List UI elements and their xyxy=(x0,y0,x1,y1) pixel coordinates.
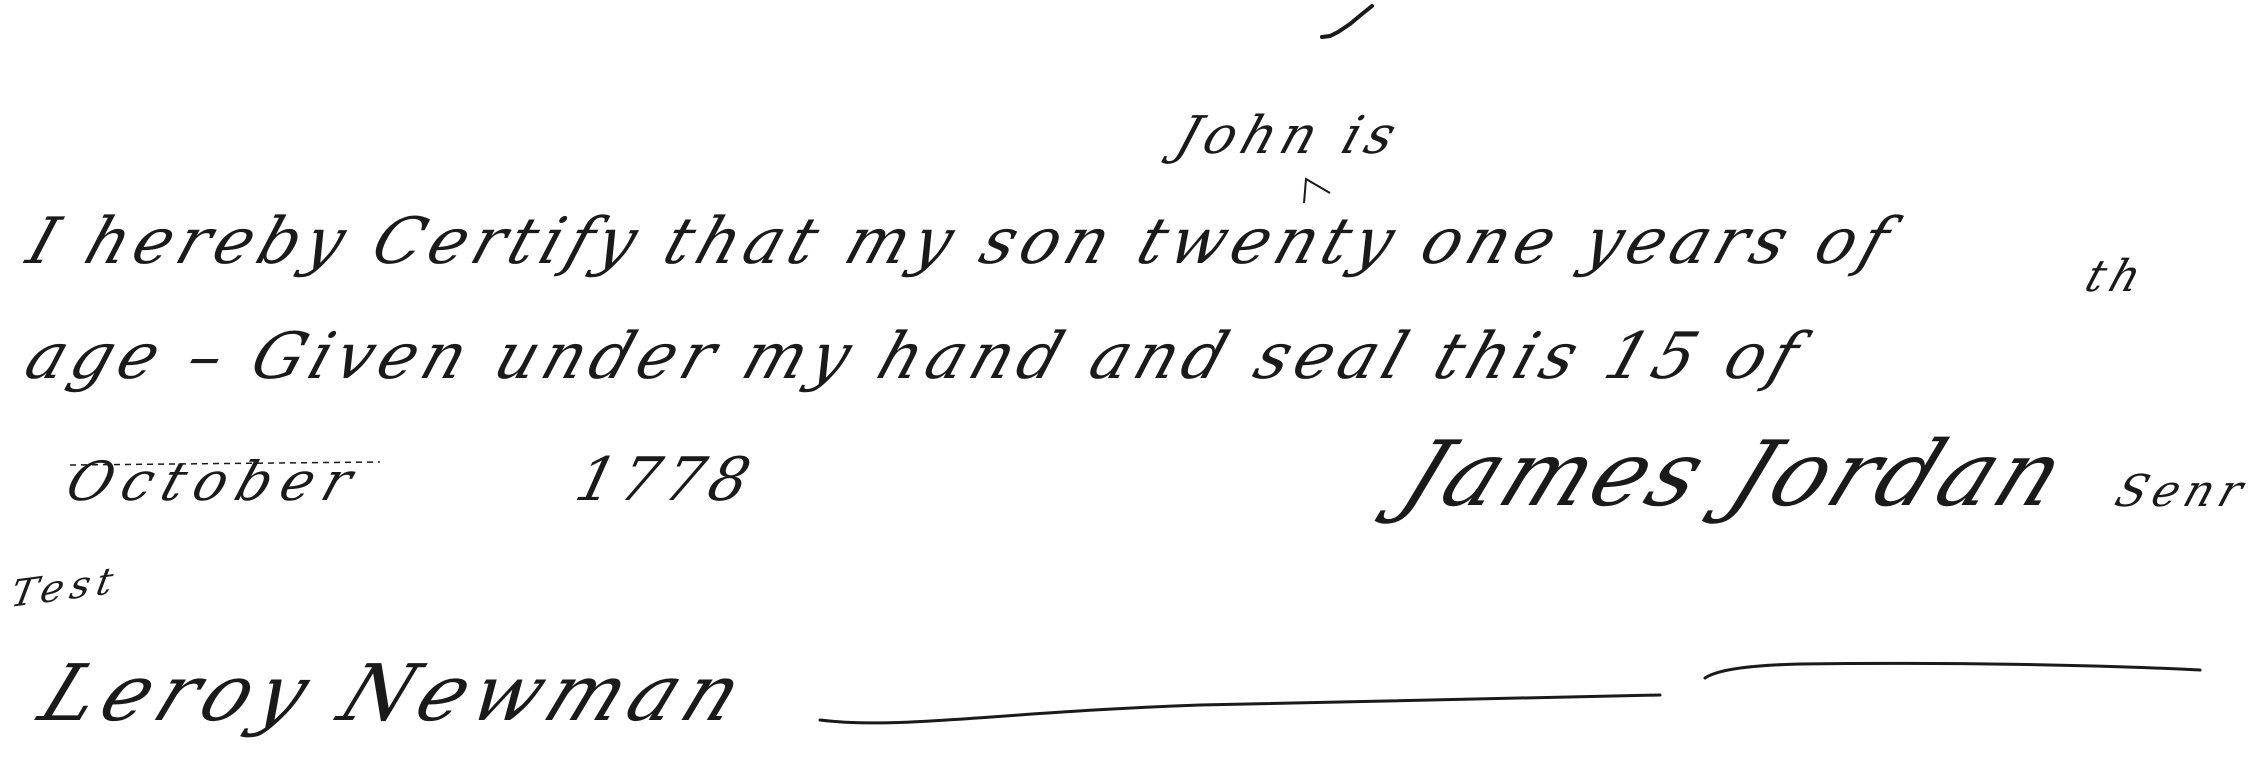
certificate-line-1: I hereby Certify that my son twenty one … xyxy=(20,210,1903,274)
certificate-line-2: age – Given under my hand and seal this … xyxy=(18,325,1812,389)
witness-name: Leroy Newman xyxy=(30,655,760,733)
date-month: October xyxy=(60,455,369,509)
date-year: 1778 xyxy=(570,450,762,510)
signature-name: James Jordan xyxy=(1390,430,2080,520)
stray-ink-mark xyxy=(1320,2,1380,42)
insertion-caret-icon xyxy=(1300,175,1340,205)
signature-suffix: Senr xyxy=(2110,470,2254,514)
witness-label: Test xyxy=(8,561,122,613)
date-ordinal-superscript: th xyxy=(2080,255,2152,299)
document-page: John is I hereby Certify that my son twe… xyxy=(0,0,2264,772)
interlinear-insertion: John is xyxy=(1170,110,1408,162)
